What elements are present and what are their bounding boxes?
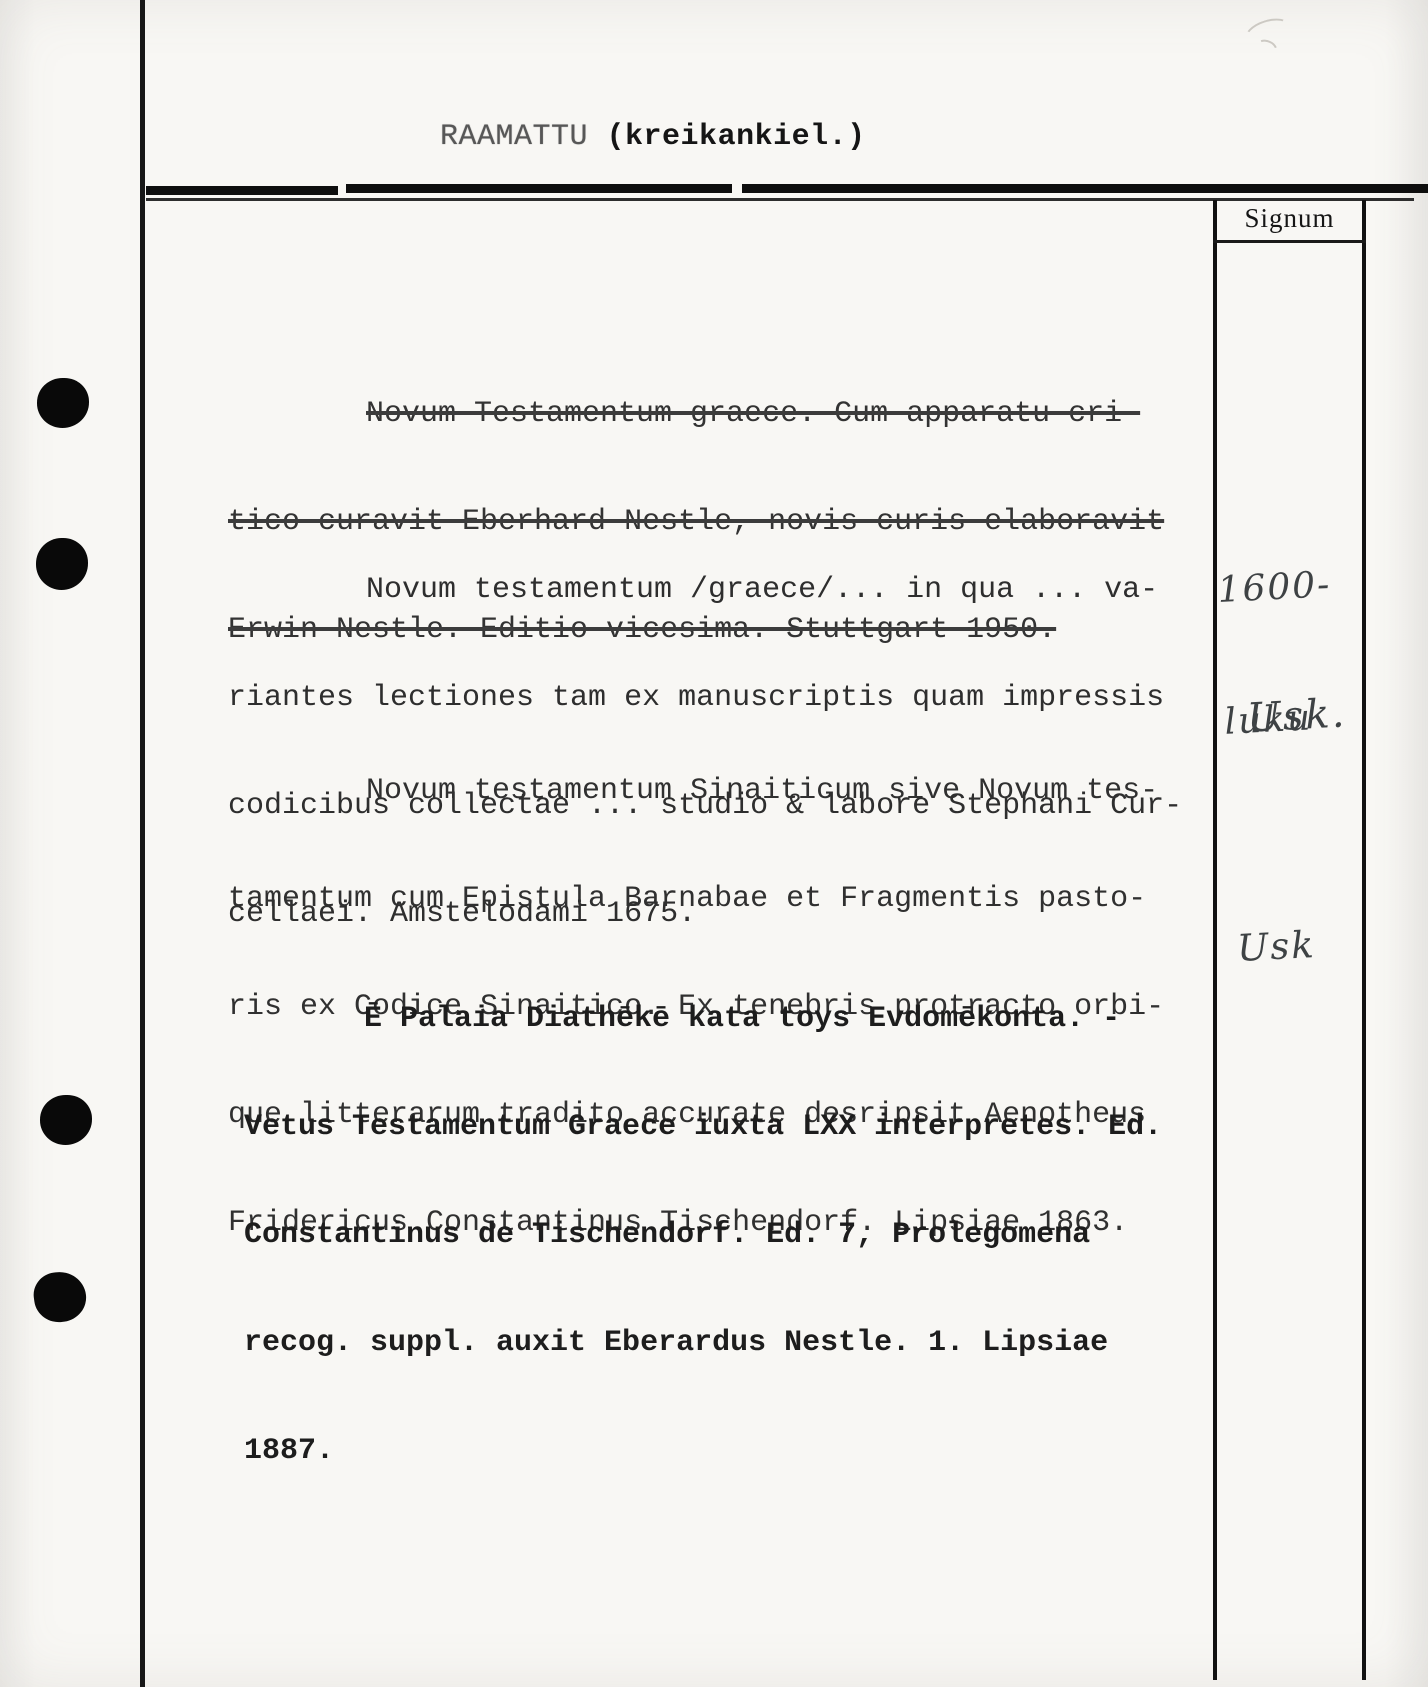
entry-line: Ē Palaia Diathēkē kata toys Evdomēkonta.… [244, 1001, 1234, 1037]
entry-line: Vetus Testamentum Graece iuxta LXX inter… [244, 1109, 1234, 1145]
pencil-smudge [1226, 18, 1292, 64]
top-rule-thick [146, 186, 338, 195]
page-title-qualifier: (kreikankiel.) [607, 120, 866, 154]
punch-hole [36, 538, 88, 590]
page-title: RAAMATTU (kreikankiel.) [366, 86, 866, 188]
entry-line: tamentum cum Epistula Barnabae et Fragme… [228, 881, 1218, 917]
bibliography-entry-bold: Ē Palaia Diathēkē kata toys Evdomēkonta.… [244, 929, 1234, 1541]
entry-line: Novum testamentum /graece/... in qua ...… [228, 572, 1218, 608]
punch-hole [40, 1095, 92, 1145]
left-margin-rule [140, 0, 145, 1687]
entry-line: Constantinus de Tischendorf. Ed. 7, Prol… [244, 1217, 1234, 1253]
top-rule-thin [146, 198, 1414, 201]
catalog-card-page: RAAMATTU (kreikankiel.) Signum Novum Tes… [0, 0, 1428, 1687]
entry-line: Novum testamentum Sinaiticum sive Novum … [228, 773, 1218, 809]
punch-hole [31, 1269, 89, 1326]
signum-annotation-handwritten: 1600- luku [1212, 475, 1344, 832]
signum-column-right-border [1362, 200, 1366, 1680]
signum-annotation-line: 1600- [1216, 563, 1332, 613]
top-rule-thick [742, 184, 1428, 193]
punch-hole [37, 378, 89, 428]
signum-header-underline [1213, 240, 1366, 243]
entry-line: 1887. [244, 1433, 1234, 1469]
top-rule-thick [346, 184, 732, 193]
signum-header-label: Signum [1217, 203, 1362, 234]
page-title-main: RAAMATTU [440, 120, 607, 154]
signum-annotation-handwritten: Usk. [1246, 690, 1347, 741]
entry-line: recog. suppl. auxit Eberardus Nestle. 1.… [244, 1325, 1234, 1361]
entry-line: Novum Testamentum graece. Cum apparatu c… [228, 396, 1218, 432]
signum-annotation-handwritten: Usk [1236, 923, 1317, 970]
